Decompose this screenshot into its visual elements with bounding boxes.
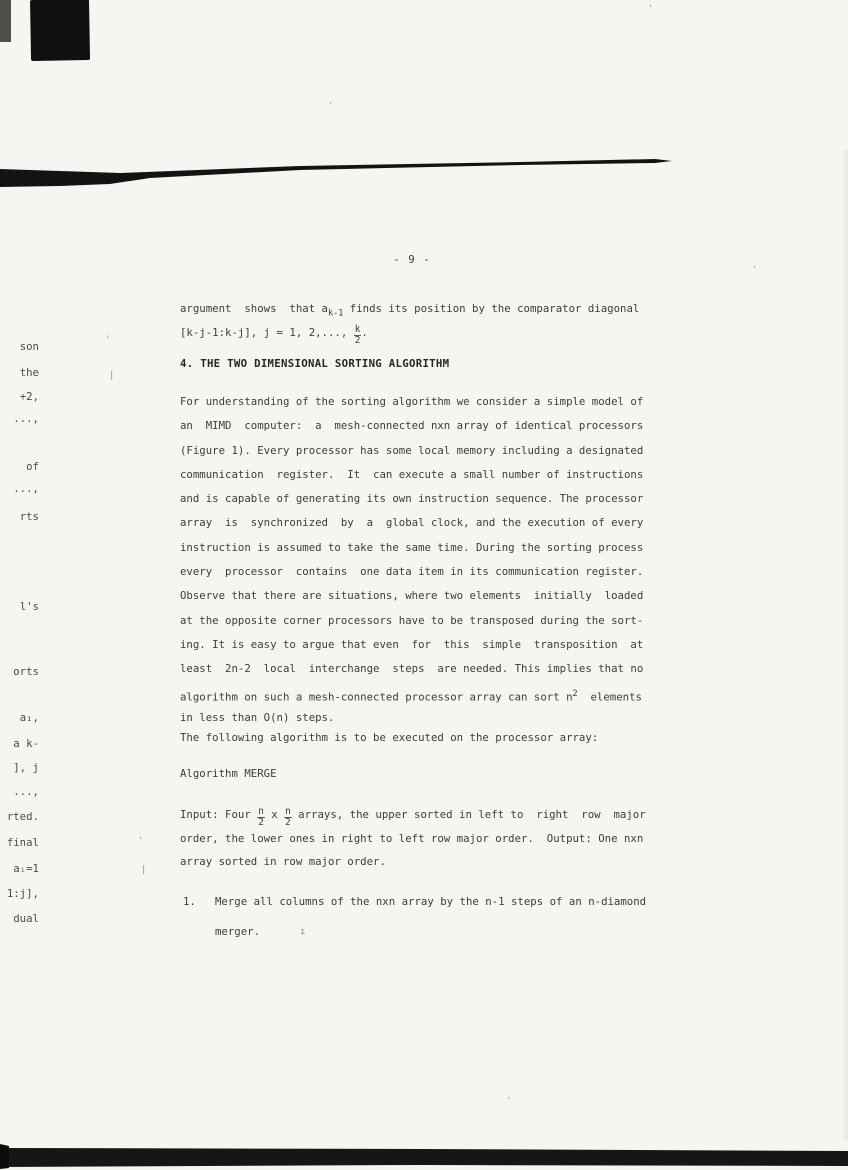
fraction-denominator: 2 xyxy=(257,818,265,828)
margin-fragment: a₁, xyxy=(20,711,39,724)
margin-fragment: ..., xyxy=(13,412,39,425)
margin-fragment: dual xyxy=(13,912,39,925)
noise-mark: ' xyxy=(138,837,143,846)
intro-line-1: argument shows that ak-1 finds its posit… xyxy=(180,297,658,321)
margin-fragment: son xyxy=(20,340,39,353)
main-paragraph: For understanding of the sorting algorit… xyxy=(180,390,658,730)
margin-fragment: ..., xyxy=(13,482,39,495)
input-line-3: array sorted in row major order. xyxy=(180,850,658,874)
margin-fragment: the xyxy=(20,366,39,379)
scan-artifact-bottom-bar xyxy=(0,1140,848,1170)
margin-fragment: ], j xyxy=(13,761,39,774)
fraction-n-over-2: n2 xyxy=(257,807,265,828)
noise-mark: · xyxy=(752,264,757,273)
algorithm-intro-sentence: The following algorithm is to be execute… xyxy=(180,731,658,744)
input-l1-post: arrays, the upper sorted in left to righ… xyxy=(292,808,646,821)
section-heading: 4. THE TWO DIMENSIONAL SORTING ALGORITHM xyxy=(180,357,658,370)
margin-fragment: a k- xyxy=(13,737,39,750)
scan-artifact-right-edge-shadow xyxy=(841,150,848,1140)
paragraph-line: ing. It is easy to argue that even for t… xyxy=(180,633,658,657)
subscript-k-1: k-1 xyxy=(328,309,343,319)
list-item-line-1: Merge all columns of the nxn array by th… xyxy=(215,895,646,908)
scanned-page: son the +2, ..., of ..., rts l's orts a₁… xyxy=(0,0,848,1170)
paragraph-line: (Figure 1). Every processor has some loc… xyxy=(180,439,658,463)
fraction-k-over-2: k2 xyxy=(354,325,362,346)
fraction-n-over-2: n2 xyxy=(284,807,292,828)
paragraph-line: an MIMD computer: a mesh-connected nxn a… xyxy=(180,414,658,438)
input-output-paragraph: Input: Four n2 x n2 arrays, the upper so… xyxy=(180,803,658,874)
input-line-1: Input: Four n2 x n2 arrays, the upper so… xyxy=(180,803,658,827)
paragraph-line: in less than O(n) steps. xyxy=(180,706,658,730)
left-margin-fragments: son the +2, ..., of ..., rts l's orts a₁… xyxy=(0,0,41,1170)
paragraph-line: instruction is assumed to take the same … xyxy=(180,536,658,560)
paragraph-line: Observe that there are situations, where… xyxy=(180,584,658,608)
fraction-denominator: 2 xyxy=(354,336,362,346)
intro-l2-pre: [k-j-1:k-j], j = 1, 2,..., xyxy=(180,326,354,339)
margin-fragment: rts xyxy=(20,510,39,523)
margin-fragment: ..., xyxy=(13,785,39,798)
fraction-denominator: 2 xyxy=(284,818,292,828)
noise-mark: | xyxy=(109,372,114,381)
margin-fragment: final xyxy=(7,836,39,849)
fraction-numerator: n xyxy=(257,807,265,818)
noise-mark: ' xyxy=(648,5,653,14)
margin-fragment: of xyxy=(26,460,39,473)
input-l1-pre: Input: Four xyxy=(180,808,257,821)
margin-fragment: aᵢ=1 xyxy=(13,862,39,875)
intro-paragraph: argument shows that ak-1 finds its posit… xyxy=(180,297,658,346)
page-number: - 9 - xyxy=(180,253,644,266)
scan-artifact-page-curl-line xyxy=(0,153,690,193)
margin-fragment: +2, xyxy=(20,390,39,403)
paragraph-line: and is capable of generating its own ins… xyxy=(180,487,658,511)
paragraph-line: every processor contains one data item i… xyxy=(180,560,658,584)
margin-fragment: rted. xyxy=(7,810,39,823)
paragraph-line: For understanding of the sorting algorit… xyxy=(180,390,658,414)
margin-fragment: orts xyxy=(13,665,39,678)
noise-mark: · xyxy=(506,1095,511,1104)
margin-fragment: 1:j], xyxy=(7,887,39,900)
margin-fragment: l's xyxy=(20,600,39,613)
fraction-numerator: n xyxy=(284,807,292,818)
paragraph-line: least 2n-2 local interchange steps are n… xyxy=(180,657,658,681)
list-item-line-2: merger. xyxy=(215,925,260,938)
paragraph-line: communication register. It can execute a… xyxy=(180,463,658,487)
input-l1-mid: x xyxy=(265,808,284,821)
intro-line-2: [k-j-1:k-j], j = 1, 2,..., k2. xyxy=(180,321,658,345)
input-line-2: order, the lower ones in right to left r… xyxy=(180,827,658,851)
intro-l1-pre: argument shows that a xyxy=(180,302,328,315)
algorithm-title: Algorithm MERGE xyxy=(180,767,658,780)
noise-mark: ı xyxy=(300,928,305,937)
noise-mark: · xyxy=(328,100,333,109)
paragraph-line: at the opposite corner processors have t… xyxy=(180,609,658,633)
list-item-marker: 1. xyxy=(183,895,196,908)
l13-post: elements xyxy=(578,690,642,703)
noise-mark: ' xyxy=(105,336,110,345)
intro-l2-post: . xyxy=(361,326,367,339)
l13-pre: algorithm on such a mesh-connected proce… xyxy=(180,690,573,703)
paragraph-line: array is synchronized by a global clock,… xyxy=(180,511,658,535)
intro-l1-post: finds its position by the comparator dia… xyxy=(343,302,639,315)
noise-mark: | xyxy=(141,866,146,875)
paragraph-line-n-squared: algorithm on such a mesh-connected proce… xyxy=(180,682,658,706)
